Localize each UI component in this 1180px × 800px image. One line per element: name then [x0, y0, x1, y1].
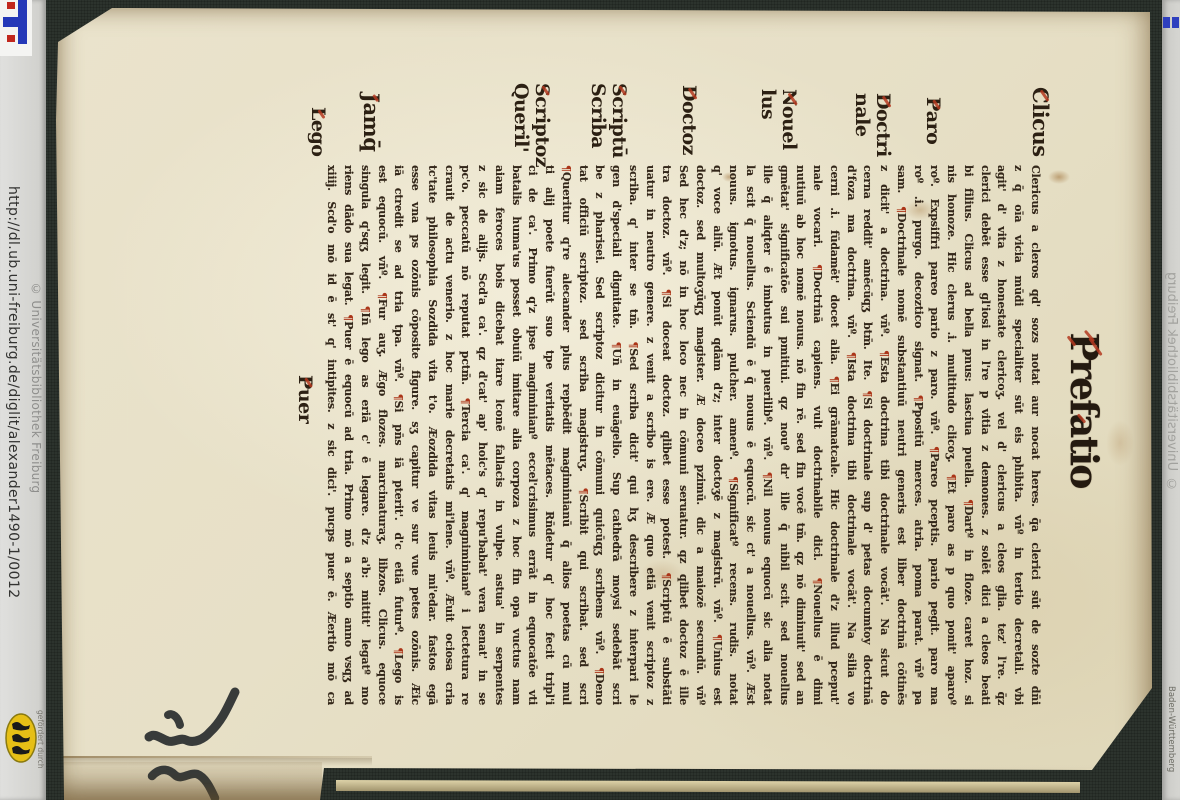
rubrication-mark — [1067, 335, 1077, 346]
body-text-line: tra doctoz. vn̄º. ¶Si doceat doctoz. qli… — [658, 165, 675, 705]
body-text-line: nale vocari. ¶Doctrinā capiens. vult doc… — [809, 165, 826, 705]
registration-mark-icon — [0, 0, 46, 60]
margin-label: Paro — [922, 97, 943, 144]
body-text-line: nis honoze. Hic clerus .i. multitudo cli… — [943, 165, 960, 705]
ink-flourish — [128, 662, 258, 800]
body-text-line: roº .i. purgo. decoztico signat. ¶Pposit… — [909, 165, 926, 705]
body-text-line: ti alij poete fuerūt suo tpe veritatis m… — [541, 165, 558, 705]
rotated-print-area: Prefatio ClicusParoDoctrinaleNouellusDoc… — [287, 83, 1107, 713]
body-text-line: gen d'speciali dignitate. ¶Un̄ in euāgel… — [608, 165, 625, 705]
body-text-line: z dicit' a doctrina. vn̄º. ¶Esta doctrin… — [876, 165, 893, 705]
margin-label: Clicus — [1030, 87, 1051, 157]
body-text-line: sam. ¶Doctrinale nomē substantiuū neutri… — [892, 165, 909, 705]
body-text-line: bi filius. Clicus ad bella pnus: lasciua… — [959, 165, 976, 705]
body-text-line: uatur in neutro genere. z venit a scribo… — [641, 165, 658, 705]
body-text-line: Clericus a cleros qd' sozs notat aur noc… — [1026, 165, 1043, 705]
body-text-line: agit' d' vita z honestate clericoʒ. vel … — [993, 165, 1010, 705]
page-stain — [1106, 420, 1134, 466]
body-text-line: q' voce aliū. Æt ponūt qdām d'z; inter d… — [708, 165, 725, 705]
body-text-line: batalis huma'us posset obuiū imitare ali… — [507, 165, 524, 705]
body-text-line: doctoz. sed multoʒūqʒ magister. Æ doceo … — [691, 165, 708, 705]
page-stain — [1048, 170, 1070, 184]
page-stain — [905, 200, 935, 220]
funding-caption: gefördert durch — [36, 710, 45, 769]
body-text-line: cerna reddit' amēcūqʒ btm̄. Ite. ¶Si doc… — [859, 165, 876, 705]
body-text-line: esse vna ps ozōnis cōposite figure. sʒ c… — [407, 165, 424, 705]
copyright-caption: © Universitätsbibliothek Freiburg — [29, 282, 43, 493]
body-text-line: gmētat' significatōe sui pmitiui. qz nou… — [775, 165, 792, 705]
body-text-line: tc'tate philosophia Sozdida vita t'o. Æo… — [423, 165, 440, 705]
margin-label: Jamq̄ — [361, 93, 382, 151]
margin-label: Puer — [294, 375, 315, 423]
margin-label: ScriptūScriba — [587, 83, 629, 158]
parchment-page: Prefatio ClicusParoDoctrinaleNouellusDoc… — [54, 6, 1156, 800]
body-text-block: Clericus a cleros qd' sozs notat aur noc… — [323, 165, 1043, 705]
margin-label: Nouellus — [757, 89, 799, 150]
body-text-line: tat officiū scriptoz. sed scriba magistr… — [574, 165, 591, 705]
body-text-line: nouus. ignotus. ignarus. pulcher. amenº.… — [725, 165, 742, 705]
rubrication-mark — [1077, 413, 1087, 423]
body-text-line: ci de ca'. Primo q'z ipse magiminianº ec… — [524, 165, 541, 705]
calibration-strip-left: http://dl.ub.uni-freiburg.de/diglit/alex… — [0, 0, 46, 800]
body-text-line: ille q̄ aliqter ē imbutus in puerilibº. … — [758, 165, 775, 705]
body-text-line: z q̄ oīa vicia mūdi specialiter sūt eis … — [1010, 165, 1027, 705]
body-text-line: iā ctredit se ad tria tpa. vn̄º. ¶Si pn̄… — [390, 165, 407, 705]
body-text-line: la scit q̄ nouellus. Sciendū ē q̄ nouus … — [742, 165, 759, 705]
registration-mark-fragment-icon — [1163, 17, 1170, 28]
body-text-line: scriba. q' inter se tm̄. ¶Sed scriba dic… — [624, 165, 641, 705]
book-fore-edge — [336, 780, 1080, 793]
page-title: Prefatio — [1062, 321, 1107, 499]
body-text-line: roº. Expsiffri pareo pario z paro. vn̄º.… — [926, 165, 943, 705]
body-text-line: crauit de actu venerio. z hoc marie decr… — [440, 165, 457, 705]
margin-label: Lego — [307, 107, 328, 156]
page-stain — [722, 172, 736, 182]
url-caption: http://dl.ub.uni-freiburg.de/diglit/alex… — [5, 186, 21, 599]
body-text-line: ¶Queritur q're alecander plus repbēdit m… — [557, 165, 574, 705]
scan-viewport: Prefatio ClicusParoDoctrinaleNouellusDoc… — [0, 0, 1180, 800]
calibration-strip-right: © Universitätsbibliothek Freiburg Baden-… — [1162, 0, 1180, 800]
body-text-line: xiiij. Scd'o mō id ē st' q' intipites. z… — [323, 165, 340, 705]
body-text-line: singula q'sqʒ legit. ¶In̄ lego as eriā c… — [356, 165, 373, 705]
body-text-line: d'foza ma doctrina. vn̄º. ¶Ista doctrina… — [842, 165, 859, 705]
mirrored-copyright-caption: © Universitätsbibliothek Freiburg — [1164, 272, 1179, 490]
body-text-line: cerni .i. fūdamēt' docet alia. ¶Ei grāma… — [825, 165, 842, 705]
body-text-line: clerici debēt esse gl'iosi in l're p vit… — [976, 165, 993, 705]
body-text-line: riens dādo sua legat. ¶Puer ē equocū ad … — [340, 165, 357, 705]
margin-label: Doctrinale — [851, 93, 893, 157]
body-text-line: est equocū. vn̄º. ¶Fur auʒ. Ægo flozes. … — [373, 165, 390, 705]
body-text-line: nutiuū ab hoc nomē nouus. nō fin rē. sed… — [792, 165, 809, 705]
registration-mark-fragment-icon — [1172, 17, 1179, 28]
body-text-line: pc'o. peccatū nō reputat pctm̄. ¶Tercia … — [457, 165, 474, 705]
body-text-line: be z pharisei. Sed scriptoz dicitur in c… — [591, 165, 608, 705]
margin-label: ScriptozQueril' — [510, 83, 552, 167]
baden-wuerttemberg-coat-of-arms-icon — [4, 712, 38, 766]
body-text-line: Sed hec d'z; nō in hoc loco nec in cōmun… — [675, 165, 692, 705]
margin-label: Doctoz — [678, 85, 699, 155]
region-caption: Baden-Württemberg — [1166, 686, 1176, 772]
body-text-line: z sic de alijs. Scd'a ca'. qz d'cat' ap'… — [474, 165, 491, 705]
body-text-line: aiam feroces bois dicebat itare lconē fa… — [490, 165, 507, 705]
page-stain — [640, 560, 684, 588]
rubrication-mark — [1084, 330, 1095, 343]
